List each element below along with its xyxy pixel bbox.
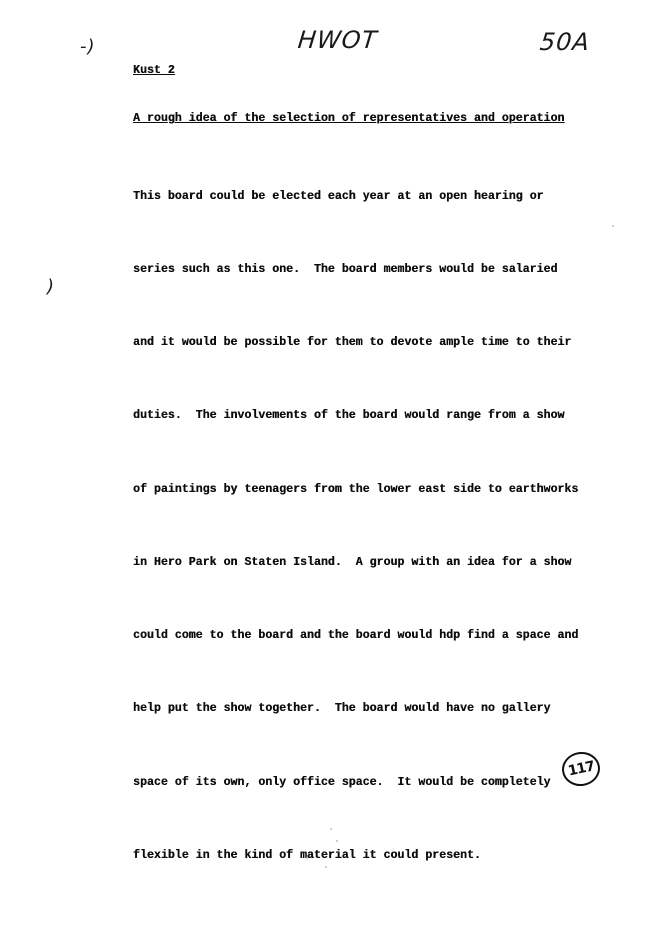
body-line: flexible in the kind of material it coul… [133,844,578,868]
scan-speck [612,225,614,227]
body-line: This board could be elected each year at… [133,185,578,209]
body-line: series such as this one. The board membe… [133,258,578,282]
section-heading: Kust 2 [133,64,175,77]
body-line: space of its own, only office space. It … [133,771,578,795]
scan-speck [336,840,338,842]
scan-speck [306,857,308,859]
body-paragraph: This board could be elected each year at… [133,136,578,917]
scan-speck [330,828,332,830]
margin-mark-mid: ) [47,276,55,297]
handwritten-title: HWOT [297,26,379,54]
body-line: duties. The involvements of the board wo… [133,404,578,428]
body-line: could come to the board and the board wo… [133,624,578,648]
margin-mark-top: -) [80,36,96,57]
page-number-text: 117 [566,758,595,779]
body-line: and it would be possible for them to dev… [133,331,578,355]
scan-speck [325,866,327,868]
subheading: A rough idea of the selection of represe… [133,112,564,125]
body-line: help put the show together. The board wo… [133,697,578,721]
body-line: in Hero Park on Staten Island. A group w… [133,551,578,575]
body-line: of paintings by teenagers from the lower… [133,478,578,502]
handwritten-page-reference: 50A [539,28,592,56]
